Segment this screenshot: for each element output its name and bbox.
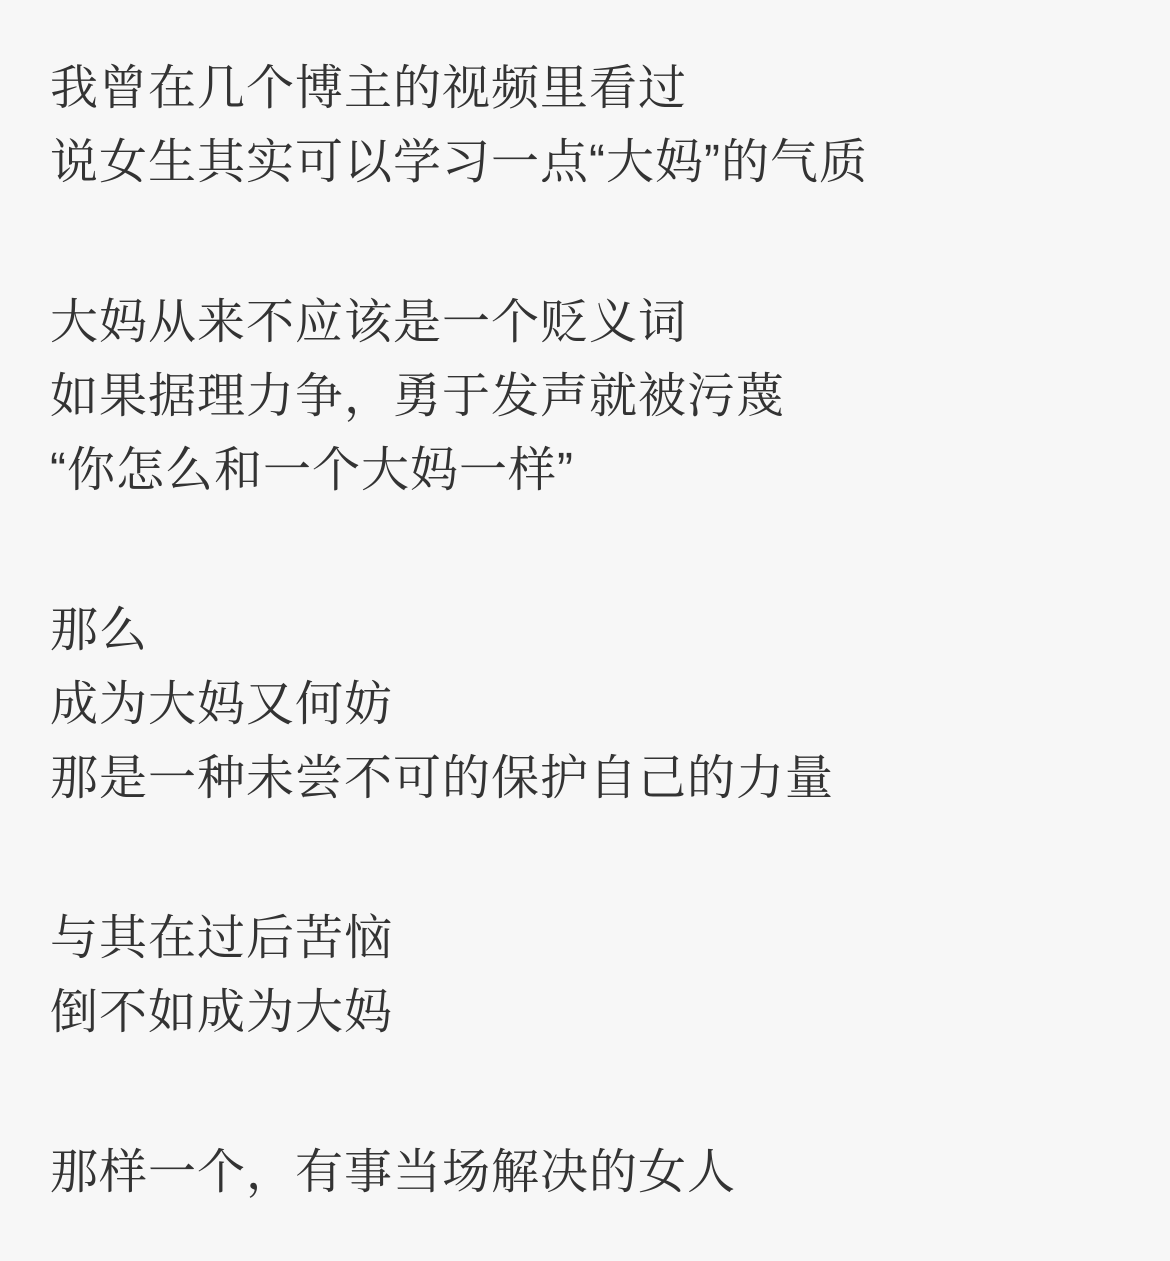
text-line: 那是一种未尝不可的保护自己的力量 [50,742,1130,816]
text-line: 那么 [50,594,1130,668]
text-line: 那样一个，有事当场解决的女人 [50,1136,1130,1210]
text-line: 如果据理力争，勇于发声就被污蔑 [50,360,1130,434]
paragraph-1: 我曾在几个博主的视频里看过 说女生其实可以学习一点“大妈”的气质 [50,52,1130,200]
text-line: “你怎么和一个大妈一样” [50,434,1130,508]
text-line: 大妈从来不应该是一个贬义词 [50,286,1130,360]
paragraph-5: 那样一个，有事当场解决的女人 [50,1136,1130,1210]
paragraph-2: 大妈从来不应该是一个贬义词 如果据理力争，勇于发声就被污蔑 “你怎么和一个大妈一… [50,286,1130,508]
paragraph-3: 那么 成为大妈又何妨 那是一种未尝不可的保护自己的力量 [50,594,1130,816]
text-line: 我曾在几个博主的视频里看过 [50,52,1130,126]
paragraph-4: 与其在过后苦恼 倒不如成为大妈 [50,902,1130,1050]
text-line: 与其在过后苦恼 [50,902,1130,976]
text-post: 我曾在几个博主的视频里看过 说女生其实可以学习一点“大妈”的气质 大妈从来不应该… [0,0,1170,1210]
text-line: 倒不如成为大妈 [50,976,1130,1050]
text-line: 成为大妈又何妨 [50,668,1130,742]
text-line: 说女生其实可以学习一点“大妈”的气质 [50,126,1130,200]
